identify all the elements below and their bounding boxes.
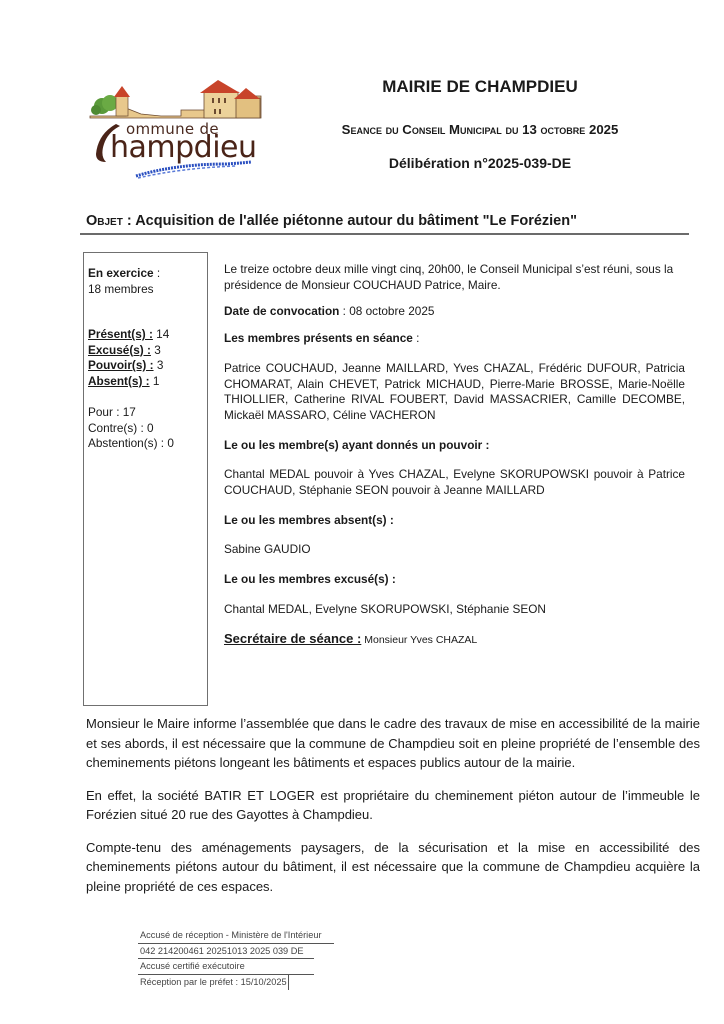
objet-label: Objet: [86, 213, 123, 229]
objet-text: Acquisition de l'allée piétonne autour d…: [135, 213, 577, 229]
commune-logo: ommune de hampdieu: [86, 76, 264, 182]
count-value: 14: [153, 327, 169, 341]
count-value: 3: [151, 343, 161, 357]
deliberation-number: Délibération n°2025-039-DE: [300, 155, 660, 171]
intro-paragraph: Le treize octobre deux mille vingt cinq,…: [224, 262, 685, 293]
logo-text-champdieu: hampdieu: [110, 130, 257, 165]
page-title: MAIRIE DE CHAMPDIEU: [300, 77, 660, 97]
en-exercice-colon: :: [154, 266, 161, 280]
logo-text-champdieu-rest: hampdieu: [110, 130, 257, 165]
secretaire-row: Secrétaire de séance : Monsieur Yves CHA…: [224, 631, 685, 649]
accuse-reception-stamp: Accusé de réception - Ministère de l'Int…: [138, 928, 338, 990]
objet-divider: [80, 233, 689, 235]
deliberation-body: Monsieur le Maire informe l’assemblée qu…: [86, 714, 700, 909]
vote-abstention: Abstention(s) : 0: [88, 436, 207, 452]
presents-colon: :: [413, 331, 420, 345]
vote-pour: Pour : 17: [88, 405, 207, 421]
count-row-excuses: Excusé(s) : 3: [88, 343, 207, 359]
count-value: 3: [154, 358, 164, 372]
body-paragraph: En effet, la société BATIR ET LOGER est …: [86, 786, 700, 825]
accuse-line-executoire: Accusé certifié exécutoire: [138, 959, 314, 975]
attendance-summary-box: En exercice : 18 membres Présent(s) : 14…: [83, 252, 208, 706]
seance-day: 13: [522, 122, 537, 137]
convocation-label: Date de convocation: [224, 304, 339, 318]
excuses-heading: Le ou les membres excusé(s) :: [224, 572, 685, 588]
count-row-presents: Présent(s) : 14: [88, 327, 207, 343]
presents-heading: Les membres présents en séance :: [224, 331, 685, 347]
pouvoir-heading: Le ou les membre(s) ayant donnés un pouv…: [224, 438, 685, 454]
pouvoir-list: Chantal MEDAL pouvoir à Yves CHAZAL, Eve…: [224, 467, 685, 498]
body-paragraph: Monsieur le Maire informe l’assemblée qu…: [86, 714, 700, 773]
count-label: Pouvoir(s) :: [88, 358, 154, 372]
seance-heading: Seance du Conseil Municipal du 13 octobr…: [300, 122, 660, 137]
accuse-line-reference: 042 214200461 20251013 2025 039 DE: [138, 944, 314, 960]
en-exercice-row: En exercice :: [88, 266, 207, 282]
count-row-pouvoirs: Pouvoir(s) : 3: [88, 358, 207, 374]
count-value: 1: [150, 374, 160, 388]
seance-prefix: Seance du Conseil Municipal du: [342, 122, 522, 137]
accuse-line-ministere: Accusé de réception - Ministère de l'Int…: [138, 928, 334, 944]
objet-separator: :: [123, 213, 135, 229]
objet-heading: Objet : Acquisition de l'allée piétonne …: [86, 213, 577, 229]
secretaire-label: Secrétaire de séance :: [224, 631, 361, 646]
seance-year: 2025: [589, 122, 618, 137]
en-exercice-value: 18 membres: [88, 282, 207, 298]
absents-list: Sabine GAUDIO: [224, 542, 685, 558]
convocation-value: : 08 octobre 2025: [339, 304, 434, 318]
presents-label: Les membres présents en séance: [224, 331, 413, 345]
session-details: Le treize octobre deux mille vingt cinq,…: [224, 262, 685, 659]
seance-month: octobre: [537, 122, 589, 137]
vote-contre: Contre(s) : 0: [88, 421, 207, 437]
secretaire-value: Monsieur Yves CHAZAL: [361, 634, 477, 646]
absents-heading: Le ou les membres absent(s) :: [224, 513, 685, 529]
count-label: Absent(s) :: [88, 374, 150, 388]
count-row-absents: Absent(s) : 1: [88, 374, 207, 390]
presents-list: Patrice COUCHAUD, Jeanne MAILLARD, Yves …: [224, 361, 685, 424]
body-paragraph: Compte-tenu des aménagements paysagers, …: [86, 838, 700, 897]
excuses-list: Chantal MEDAL, Evelyne SKORUPOWSKI, Stép…: [224, 602, 685, 618]
count-label: Excusé(s) :: [88, 343, 151, 357]
convocation-row: Date de convocation : 08 octobre 2025: [224, 304, 685, 320]
count-label: Présent(s) :: [88, 327, 153, 341]
en-exercice-label: En exercice: [88, 266, 154, 280]
accuse-line-prefet: Réception par le préfet : 15/10/2025: [140, 975, 289, 990]
